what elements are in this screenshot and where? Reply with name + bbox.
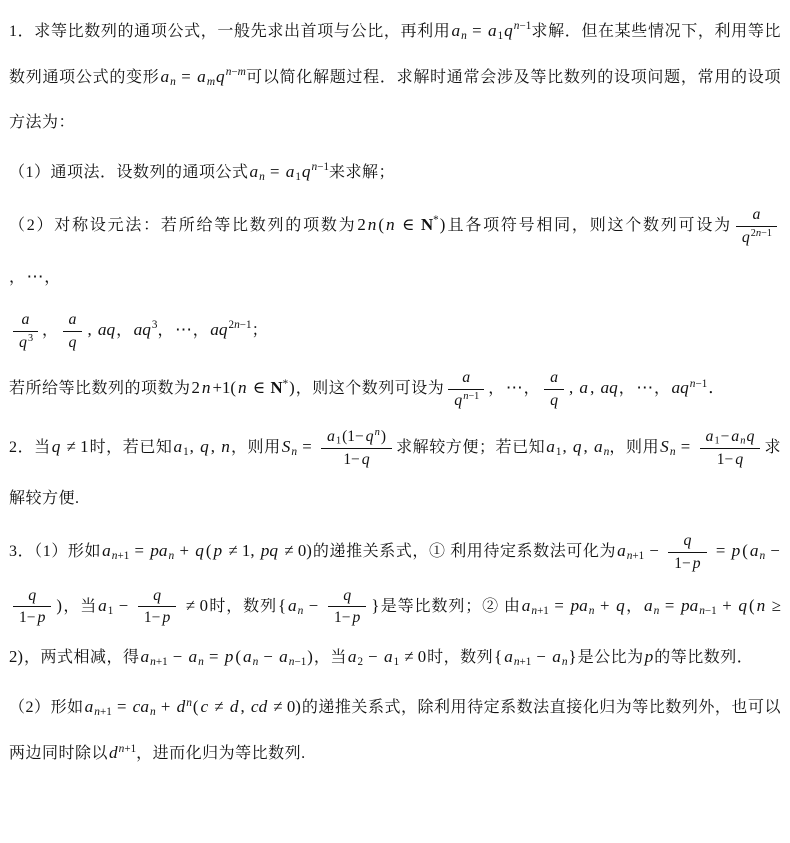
subscript: n+1 (627, 551, 645, 562)
math-run: c (201, 697, 209, 716)
text-run: 求解较方便；若已知 (396, 439, 545, 456)
math-run: ≠ (210, 697, 228, 716)
math-run: +1 (100, 706, 112, 718)
math-run: − (304, 596, 323, 615)
subscript: n+1 (112, 551, 130, 562)
math-run: a (286, 162, 295, 181)
subscript: n (291, 447, 297, 458)
math-run: m (238, 66, 246, 78)
math-run: pa (570, 596, 587, 615)
math-run: * (433, 214, 439, 226)
math-run: n (259, 171, 265, 183)
superscript: n−1 (514, 21, 532, 32)
math-run: , (211, 437, 219, 456)
math-run: a (189, 647, 198, 666)
fraction: aq3 (13, 304, 38, 359)
fraction-denominator: 1−p (328, 606, 366, 629)
math-run: ) (440, 215, 446, 234)
text-run: 来求解； (329, 164, 395, 181)
fraction: a1(1−qn)1−q (321, 421, 392, 476)
fraction: q1−p (138, 580, 176, 635)
math-run: n (202, 378, 211, 397)
subscript: n (198, 657, 204, 668)
superscript: n−m (226, 67, 246, 78)
math-run: = (177, 67, 195, 86)
fraction-numerator: q (328, 585, 366, 607)
paragraph-3-method-2-even: （2）对称设元法：若所给等比数列的项数为2n(n ∈ N*)且各项符号相同，则这… (9, 199, 781, 300)
math-run: a (752, 206, 760, 223)
fraction-numerator: a1(1−qn) (321, 426, 392, 448)
subscript: n (169, 551, 175, 562)
math-run: a (462, 369, 470, 386)
math-run: ⋯ (27, 267, 44, 286)
fraction-denominator: 1−q (700, 448, 761, 471)
math-run: ( (193, 697, 199, 716)
math-run: q (550, 392, 558, 409)
math-run: +1 (537, 605, 549, 617)
subscript: n (170, 77, 176, 88)
subscript: n (654, 606, 660, 617)
paragraph-5-odd-sequence-terms: 若所给等比数列的项数为2n+1(n ∈ N*)，则这个数列可设为aqn−1，⋯，… (9, 362, 781, 417)
subscript: 1 (295, 172, 301, 183)
math-run: − (645, 541, 663, 560)
math-run: N (421, 215, 433, 234)
math-run: q (742, 229, 750, 246)
math-run: n (291, 446, 297, 458)
math-run: a (69, 311, 77, 328)
document-body: 1．求等比数列的通项公式，一般先求出首项与公比，再利用an = a1qn−1求解… (9, 8, 781, 776)
text-run: 时，数列 (209, 598, 277, 615)
math-run: n (740, 436, 745, 447)
superscript: * (283, 379, 289, 390)
math-run: ∈ (397, 215, 420, 234)
math-run: 1− (144, 609, 160, 626)
fraction-denominator: 1−q (321, 448, 392, 471)
math-run: q (366, 428, 374, 445)
text-run: ， (619, 380, 636, 397)
math-run: n (461, 30, 467, 42)
subscript: n+1 (531, 606, 549, 617)
math-run: q (454, 392, 462, 409)
math-run: q (153, 587, 161, 604)
math-run: , (584, 437, 592, 456)
math-run: = (468, 21, 486, 40)
math-run: 1− (674, 555, 690, 572)
paragraph-8-recurrence-type-2: （2）形如an+1 = can + dn(c ≠ d, cd ≠ 0)的递推关系… (9, 684, 781, 776)
math-run: −1 (761, 228, 772, 239)
subscript: n+1 (94, 707, 112, 718)
math-run: a (522, 596, 531, 615)
math-run: − (532, 647, 550, 666)
math-run: ( (235, 647, 241, 666)
text-run: 是等比数列；② 由 (380, 598, 520, 615)
math-run: − (259, 647, 277, 666)
text-run: 3．（1）形如 (9, 543, 101, 560)
math-run: a (98, 596, 107, 615)
math-run: +1 (124, 743, 136, 755)
math-run: a (617, 541, 626, 560)
math-run: a (102, 541, 111, 560)
math-run: ( (378, 215, 384, 234)
paragraph-1-general-formula: 1．求等比数列的通项公式，一般先求出首项与公比，再利用an = a1qn−1求解… (9, 8, 781, 145)
math-run: n (368, 215, 377, 234)
math-run: , (190, 437, 198, 456)
math-run: n (386, 215, 395, 234)
text-run: ， (116, 322, 133, 339)
math-run: 1− (717, 451, 733, 468)
math-run: q (216, 67, 225, 86)
math-run: a (288, 596, 297, 615)
math-run: ) (289, 378, 295, 397)
paragraph-7-recurrence-type-1: 3．（1）形如an+1 = pan + q(p ≠ 1, pq ≠ 0)的递推关… (9, 525, 781, 680)
fraction: a1−anq1−q (700, 421, 761, 476)
math-run: p (162, 609, 170, 626)
subscript: n (562, 657, 568, 668)
paragraph-6-sum-formulas: 2．当q ≠ 1时，若已知a1, q, n，则用Sn = a1(1−qn)1−q… (9, 421, 781, 521)
math-run: a (579, 378, 588, 397)
text-run: 时，若已知 (90, 439, 173, 456)
math-run: q (735, 451, 743, 468)
fraction-numerator: a (448, 367, 484, 389)
subscript: n (589, 606, 595, 617)
text-run: 的递推关系式，① 利用待定系数法可化为 (313, 543, 616, 560)
math-run: = (298, 437, 316, 456)
subscript: 1 (394, 657, 400, 668)
fraction-numerator: a (13, 309, 38, 331)
math-run: 1 (714, 436, 719, 447)
math-run: 1 (556, 446, 562, 458)
text-run: ，则这个数列可设为 (296, 380, 445, 397)
math-run: n (589, 605, 595, 617)
math-run: pq (261, 541, 278, 560)
subscript: m (207, 77, 215, 88)
math-run: a (173, 437, 182, 456)
text-run: 是公比为 (578, 649, 644, 666)
math-run: p (732, 541, 741, 560)
subscript: n+1 (150, 657, 168, 668)
math-run: pa (681, 596, 698, 615)
math-run: q (343, 587, 351, 604)
math-run: = (660, 596, 679, 615)
math-run: ( (742, 541, 748, 560)
fraction-numerator: q (138, 585, 176, 607)
math-run: * (283, 378, 289, 390)
math-run: + (718, 596, 737, 615)
math-run: n (238, 378, 247, 397)
math-run: a (327, 428, 335, 445)
subscript: n (760, 551, 766, 562)
math-run: 1 (336, 436, 341, 447)
fraction: aq2n−1 (736, 199, 777, 254)
math-run: 1 (498, 30, 504, 42)
math-run: n (169, 550, 175, 562)
fraction-denominator: 1−p (138, 606, 176, 629)
fraction: q1−p (328, 580, 366, 635)
text-run: （2）对称设元法：若所给等比数列的项数为 (9, 217, 356, 234)
math-run: N (270, 378, 282, 397)
math-run: − (364, 647, 382, 666)
math-run: −1 (696, 378, 708, 390)
math-run: n (298, 605, 304, 617)
math-run: a (731, 428, 739, 445)
fraction: aqn−1 (448, 362, 484, 417)
math-run: 1 (108, 605, 114, 617)
math-run: a (279, 647, 288, 666)
math-run: + (595, 596, 614, 615)
text-run: ， (524, 380, 541, 397)
subscript: 1 (336, 436, 341, 447)
math-run: a (348, 647, 357, 666)
fraction-denominator: q (63, 331, 83, 354)
text-run: ，则用 (609, 439, 659, 456)
text-run: ， (488, 380, 505, 397)
math-run: (1− (342, 428, 364, 445)
text-run: 2．当 (9, 439, 51, 456)
math-run: a (451, 21, 460, 40)
math-run: ⋯ (175, 320, 192, 339)
text-run: 的等比数列． (654, 649, 753, 666)
math-run: , (569, 378, 577, 397)
math-run: p (214, 541, 223, 560)
subscript: n (150, 707, 156, 718)
math-run: a (644, 596, 653, 615)
subscript: 1 (498, 31, 504, 42)
fraction-numerator: a (736, 204, 777, 226)
text-run: 时，数列 (427, 649, 493, 666)
text-run: 且各项符号相同，则这个数列可设为 (446, 217, 732, 234)
math-run: q (28, 587, 36, 604)
math-run: } (371, 596, 379, 615)
math-run: 3 (28, 333, 33, 344)
math-run: q (504, 21, 513, 40)
fraction-denominator: qn−1 (448, 389, 484, 412)
text-run: ，则用 (231, 439, 281, 456)
subscript: n−1 (289, 657, 307, 668)
math-run: a (197, 67, 206, 86)
math-run: a (85, 697, 94, 716)
math-run: q (302, 162, 311, 181)
math-run: , (240, 697, 248, 716)
math-run: ca (133, 697, 149, 716)
subscript: 1 (714, 436, 719, 447)
math-run: 2 (358, 656, 364, 668)
math-run: q (52, 437, 61, 456)
math-run: q (738, 596, 747, 615)
math-run: 1 (183, 446, 189, 458)
math-run: q (683, 532, 691, 549)
math-run: p (693, 555, 701, 572)
math-run: ． (708, 378, 725, 397)
subscript: n (670, 447, 676, 458)
math-run: n (221, 437, 230, 456)
paragraph-2-method-1: （1）通项法．设数列的通项公式an = a1qn−1来求解； (9, 149, 781, 195)
superscript: 3 (28, 333, 33, 344)
subscript: 1 (183, 447, 189, 458)
math-run: a (706, 428, 714, 445)
math-run: +1 (156, 656, 168, 668)
math-run: q (69, 334, 77, 351)
math-run: = (113, 697, 131, 716)
math-run: q (362, 451, 370, 468)
fraction-denominator: q (544, 389, 564, 412)
math-run: 1 (394, 656, 400, 668)
math-run: n (757, 596, 766, 615)
math-run: + (157, 697, 175, 716)
math-run: q (746, 428, 754, 445)
math-run: ≠ 1, (224, 541, 259, 560)
math-run: n (150, 706, 156, 718)
text-run: 若所给等比数列的项数为 (9, 380, 191, 397)
math-run: q (573, 437, 582, 456)
math-run: ⋯ (636, 378, 653, 397)
math-run: n (760, 550, 766, 562)
math-run: ) (381, 428, 386, 445)
text-run: （2）形如 (9, 699, 84, 716)
math-run: 1− (19, 609, 35, 626)
math-run: a (504, 647, 513, 666)
math-run: ) (56, 596, 62, 615)
math-run: +1 (632, 550, 644, 562)
math-run: q (19, 334, 27, 351)
math-run: n (670, 446, 676, 458)
text-run: ， (42, 322, 59, 339)
math-run: −1 (240, 319, 252, 331)
subscript: n (461, 31, 467, 42)
text-run: ， (626, 598, 643, 615)
math-run: ⋯ (506, 378, 523, 397)
math-run: , (562, 437, 570, 456)
fraction: q1−p (13, 580, 51, 635)
fraction-denominator: q2n−1 (736, 226, 777, 249)
subscript: n−1 (699, 606, 717, 617)
math-run: −1 (317, 161, 329, 173)
math-run: + (175, 541, 193, 560)
math-run: 2 (192, 378, 200, 397)
math-run: n (654, 605, 660, 617)
text-run: ， (654, 380, 671, 397)
math-run: a (22, 311, 30, 328)
text-run: ，进而化归为等比数列. (136, 745, 306, 762)
math-run: d (230, 697, 239, 716)
math-run: −1 (519, 20, 531, 32)
math-run: 2 (357, 215, 365, 234)
math-run: q (195, 541, 204, 560)
math-run: − (721, 428, 730, 445)
text-run: ， (9, 269, 26, 286)
text-run: 1．求等比数列的通项公式，一般先求出首项与公比，再利用 (9, 23, 450, 40)
math-run: +1 (117, 550, 129, 562)
math-run: 1− (343, 451, 359, 468)
fraction-denominator: q3 (13, 331, 38, 354)
math-run: aq (134, 320, 151, 339)
math-run: −1 (468, 391, 479, 402)
superscript: n−1 (690, 379, 708, 390)
math-run: = (266, 162, 284, 181)
superscript: n+1 (119, 744, 137, 755)
text-run: （1）通项法．设数列的通项公式 (9, 164, 249, 181)
math-run: = (205, 647, 223, 666)
math-run: p (225, 647, 234, 666)
superscript: n−1 (463, 391, 479, 402)
math-run: a (141, 647, 150, 666)
fraction: q1−p (668, 525, 706, 580)
math-run: pa (150, 541, 167, 560)
math-run: ( (749, 596, 755, 615)
text-run: ； (252, 322, 269, 339)
math-run: a (384, 647, 393, 666)
math-run: − (169, 647, 187, 666)
subscript: n (259, 172, 265, 183)
math-run: S (660, 437, 669, 456)
fraction-numerator: q (668, 530, 706, 552)
fraction-numerator: a (63, 309, 83, 331)
math-run: − (114, 596, 133, 615)
math-run: p (352, 609, 360, 626)
subscript: 1 (556, 447, 562, 458)
math-run: m (207, 76, 215, 88)
fraction-numerator: a (544, 367, 564, 389)
math-run: aq (672, 378, 689, 397)
math-run: ≠ 0) (269, 697, 301, 716)
math-run: ≠ 0 (181, 596, 208, 615)
math-run: , (87, 320, 95, 339)
math-run: = (550, 596, 569, 615)
subscript: 1 (108, 606, 114, 617)
fraction: aq (544, 362, 564, 417)
fraction-denominator: 1−p (13, 606, 51, 629)
fraction-numerator: a1−anq (700, 426, 761, 448)
superscript: n−1 (312, 162, 330, 173)
math-run: n (375, 427, 380, 438)
math-run: ∈ (249, 378, 270, 397)
subscript: 2 (358, 657, 364, 668)
text-run: ，两式相减，得 (24, 649, 140, 666)
subscript: n (298, 606, 304, 617)
math-run: ≠ 1 (62, 437, 88, 456)
math-run: aq (600, 378, 617, 397)
math-run: a (243, 647, 252, 666)
math-run: S (282, 437, 291, 456)
math-run: p (37, 609, 45, 626)
math-run: q (200, 437, 209, 456)
math-run: −1 (294, 656, 306, 668)
text-run: ， (44, 269, 61, 286)
fraction: aq (63, 304, 83, 359)
math-run: q (616, 596, 625, 615)
math-run: n (562, 656, 568, 668)
math-run: d (109, 743, 118, 762)
text-run: ，当 (314, 649, 347, 666)
superscript: n (186, 698, 192, 709)
math-run: a (546, 437, 555, 456)
math-run: n (170, 76, 176, 88)
math-run: , (590, 378, 598, 397)
math-run: p (645, 647, 654, 666)
math-run: −1 (705, 605, 717, 617)
subscript: n+1 (514, 657, 532, 668)
subscript: n (253, 657, 259, 668)
math-run: a (750, 541, 759, 560)
fraction-numerator: q (13, 585, 51, 607)
math-run: ) (307, 647, 313, 666)
math-run: { (494, 647, 502, 666)
superscript: n (375, 427, 380, 438)
math-run: = (677, 437, 695, 456)
math-run: a (250, 162, 259, 181)
math-run: n (198, 656, 204, 668)
math-run: } (569, 647, 577, 666)
math-run: +1( (213, 378, 236, 397)
